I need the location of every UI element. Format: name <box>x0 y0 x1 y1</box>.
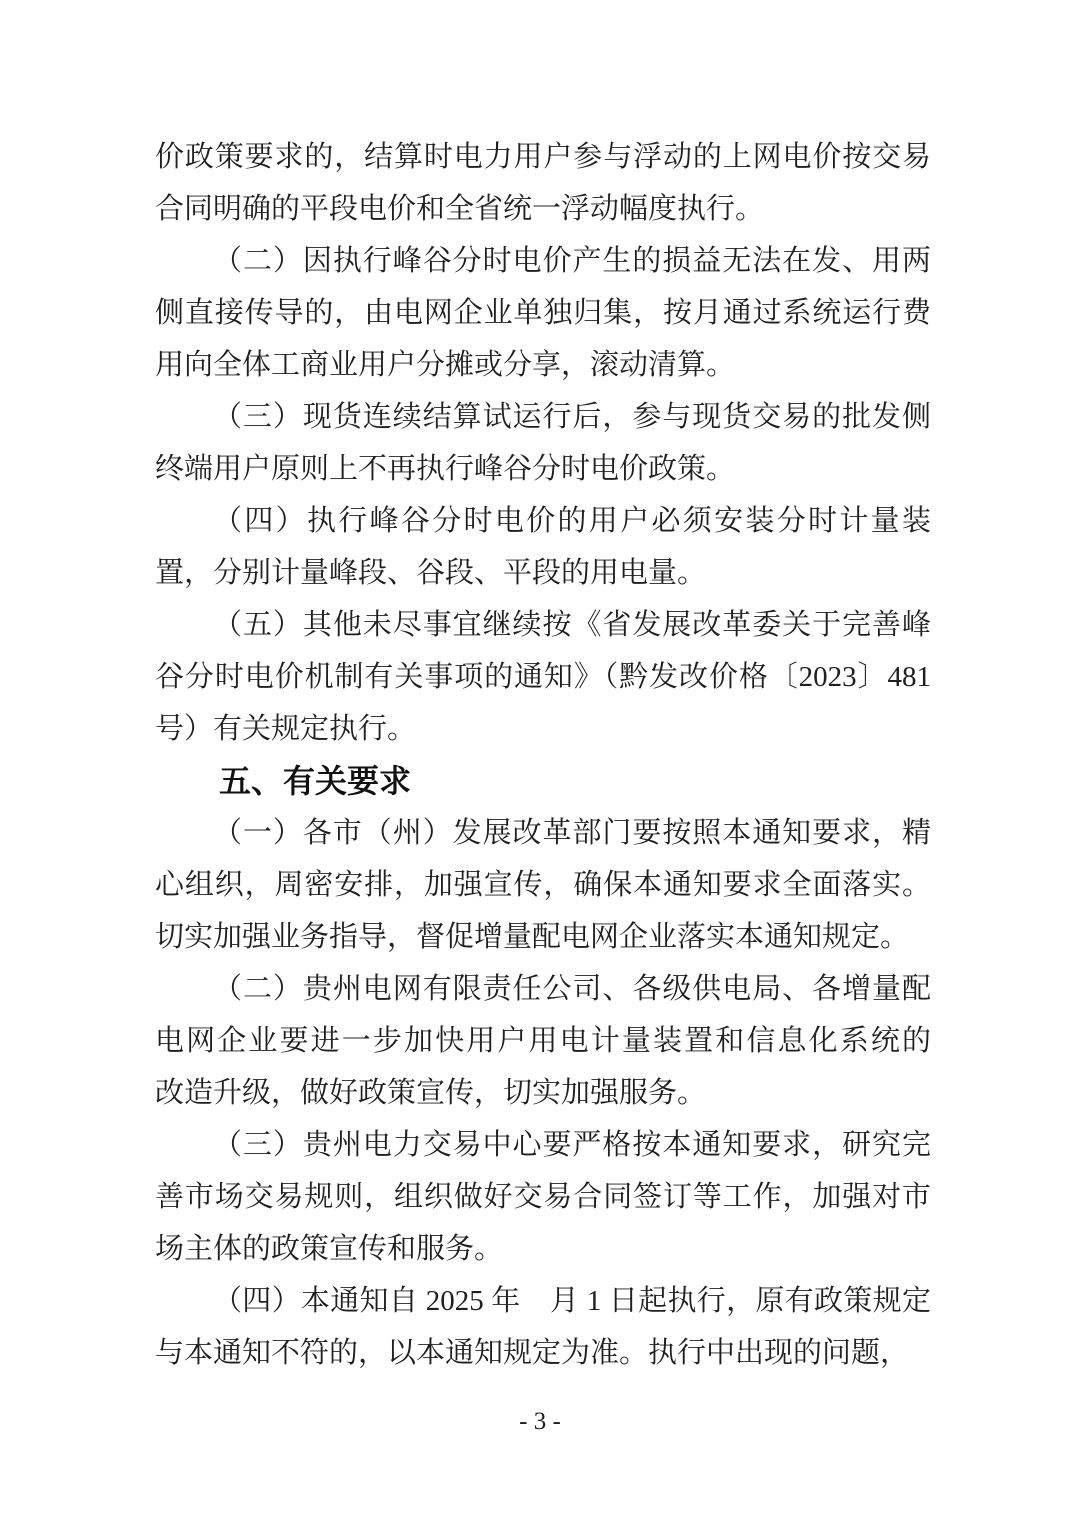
text-line: 价政策要求的，结算时电力用户参与浮动的上网电价按交易 <box>155 131 931 183</box>
paragraph: （四）执行峰谷分时电价的用户必须安装分时计量装置，分别计量峰段、谷段、平段的用电… <box>155 495 931 599</box>
document-page: 价政策要求的，结算时电力用户参与浮动的上网电价按交易合同明确的平段电价和全省统一… <box>0 0 1080 1527</box>
text-line: 改造升级，做好政策宣传，切实加强服务。 <box>155 1067 931 1119</box>
text-line: 置，分别计量峰段、谷段、平段的用电量。 <box>155 547 931 599</box>
text-line: （二）贵州电网有限责任公司、各级供电局、各增量配 <box>155 963 931 1015</box>
page-number: - 3 - <box>0 1404 1080 1440</box>
document-body: 价政策要求的，结算时电力用户参与浮动的上网电价按交易合同明确的平段电价和全省统一… <box>155 131 931 1379</box>
paragraph: （三）贵州电力交易中心要严格按本通知要求，研究完善市场交易规则，组织做好交易合同… <box>155 1119 931 1275</box>
text-line: 合同明确的平段电价和全省统一浮动幅度执行。 <box>155 183 931 235</box>
text-line: （三）现货连续结算试运行后，参与现货交易的批发侧 <box>155 391 931 443</box>
text-line: 切实加强业务指导，督促增量配电网企业落实本通知规定。 <box>155 911 931 963</box>
text-line: （五）其他未尽事宜继续按《省发展改革委关于完善峰 <box>155 599 931 651</box>
text-line: （四）本通知自 2025 年 月 1 日起执行，原有政策规定 <box>155 1275 931 1327</box>
text-line: 电网企业要进一步加快用户用电计量装置和信息化系统的 <box>155 1015 931 1067</box>
paragraph: 价政策要求的，结算时电力用户参与浮动的上网电价按交易合同明确的平段电价和全省统一… <box>155 131 931 235</box>
text-line: （四）执行峰谷分时电价的用户必须安装分时计量装 <box>155 495 931 547</box>
text-line: 与本通知不符的，以本通知规定为准。执行中出现的问题， <box>155 1327 931 1379</box>
paragraph: （四）本通知自 2025 年 月 1 日起执行，原有政策规定与本通知不符的，以本… <box>155 1275 931 1379</box>
heading-line: 五、有关要求 <box>155 755 931 807</box>
paragraph: （二）因执行峰谷分时电价产生的损益无法在发、用两侧直接传导的，由电网企业单独归集… <box>155 235 931 391</box>
text-line: （三）贵州电力交易中心要严格按本通知要求，研究完 <box>155 1119 931 1171</box>
text-line: （一）各市（州）发展改革部门要按照本通知要求，精 <box>155 807 931 859</box>
text-line: 善市场交易规则，组织做好交易合同签订等工作，加强对市 <box>155 1171 931 1223</box>
text-line: 场主体的政策宣传和服务。 <box>155 1223 931 1275</box>
text-line: （二）因执行峰谷分时电价产生的损益无法在发、用两 <box>155 235 931 287</box>
paragraph: （三）现货连续结算试运行后，参与现货交易的批发侧终端用户原则上不再执行峰谷分时电… <box>155 391 931 495</box>
paragraph: （一）各市（州）发展改革部门要按照本通知要求，精心组织，周密安排，加强宣传，确保… <box>155 807 931 963</box>
text-line: 谷分时电价机制有关事项的通知》（黔发改价格〔2023〕481 <box>155 651 931 703</box>
text-line: 号）有关规定执行。 <box>155 703 931 755</box>
section-heading: 五、有关要求 <box>155 755 931 807</box>
paragraph: （五）其他未尽事宜继续按《省发展改革委关于完善峰谷分时电价机制有关事项的通知》（… <box>155 599 931 755</box>
paragraph: （二）贵州电网有限责任公司、各级供电局、各增量配电网企业要进一步加快用户用电计量… <box>155 963 931 1119</box>
text-line: 终端用户原则上不再执行峰谷分时电价政策。 <box>155 443 931 495</box>
text-line: 用向全体工商业用户分摊或分享，滚动清算。 <box>155 339 931 391</box>
text-line: 心组织，周密安排，加强宣传，确保本通知要求全面落实。 <box>155 859 931 911</box>
text-line: 侧直接传导的，由电网企业单独归集，按月通过系统运行费 <box>155 287 931 339</box>
